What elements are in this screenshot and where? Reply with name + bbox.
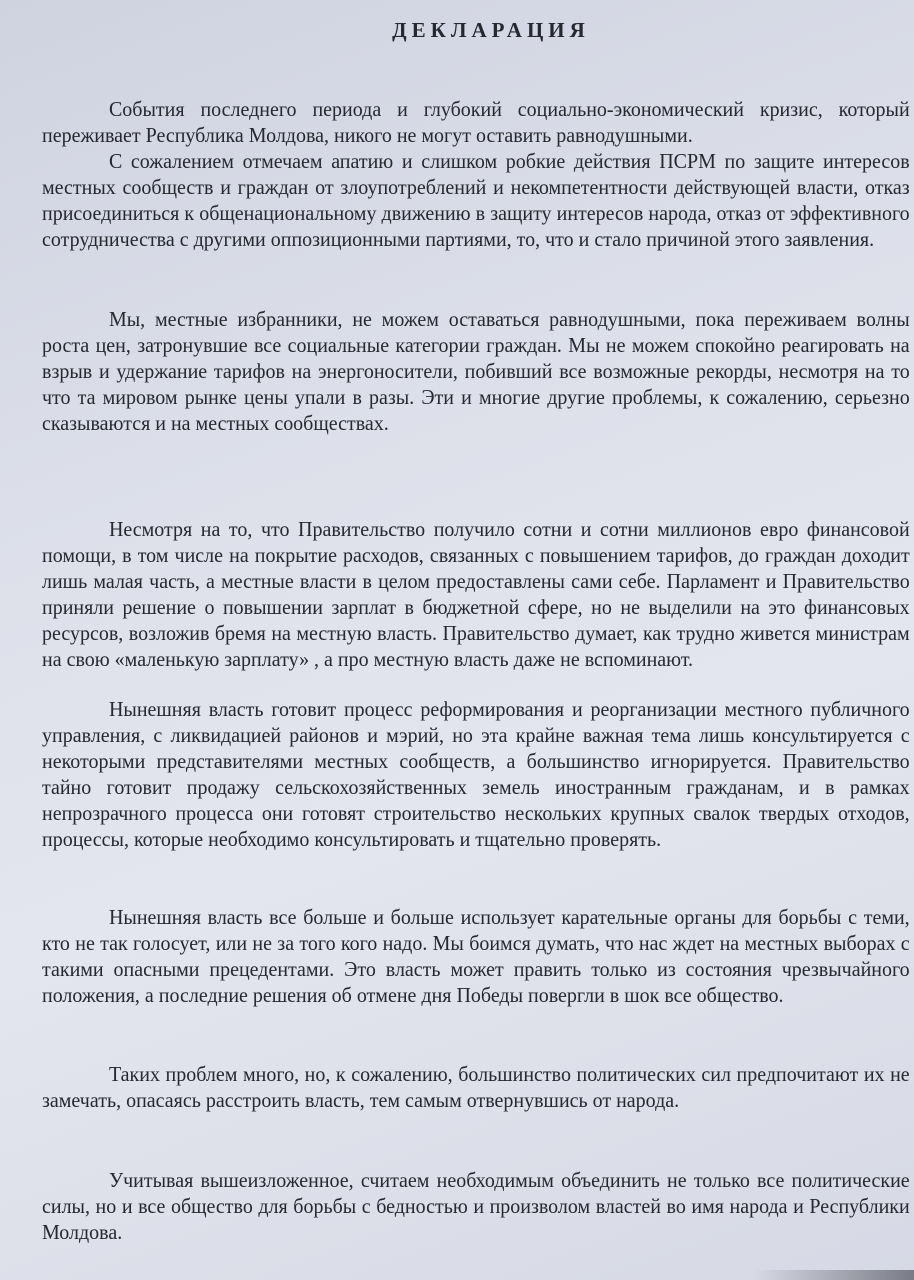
- paragraph-2: С сожалением отмечаем апатию и слишком р…: [42, 148, 910, 252]
- paragraph-4: Несмотря на то, что Правительство получи…: [42, 516, 910, 672]
- paragraph-5: Нынешняя власть готовит процесс реформир…: [42, 696, 910, 852]
- paragraph-3: Мы, местные избранники, не можем остават…: [42, 306, 910, 436]
- paragraph-6: Нынешняя власть все больше и больше испо…: [42, 904, 910, 1008]
- page-edge-shadow: [754, 1270, 914, 1280]
- document-title: ДЕКЛАРАЦИЯ: [42, 18, 910, 43]
- paragraph-8: Учитывая вышеизложенное, считаем необход…: [42, 1167, 910, 1245]
- paragraph-1: События последнего периода и глубокий со…: [42, 96, 910, 148]
- paragraph-7: Таких проблем много, но, к сожалению, бо…: [42, 1061, 910, 1113]
